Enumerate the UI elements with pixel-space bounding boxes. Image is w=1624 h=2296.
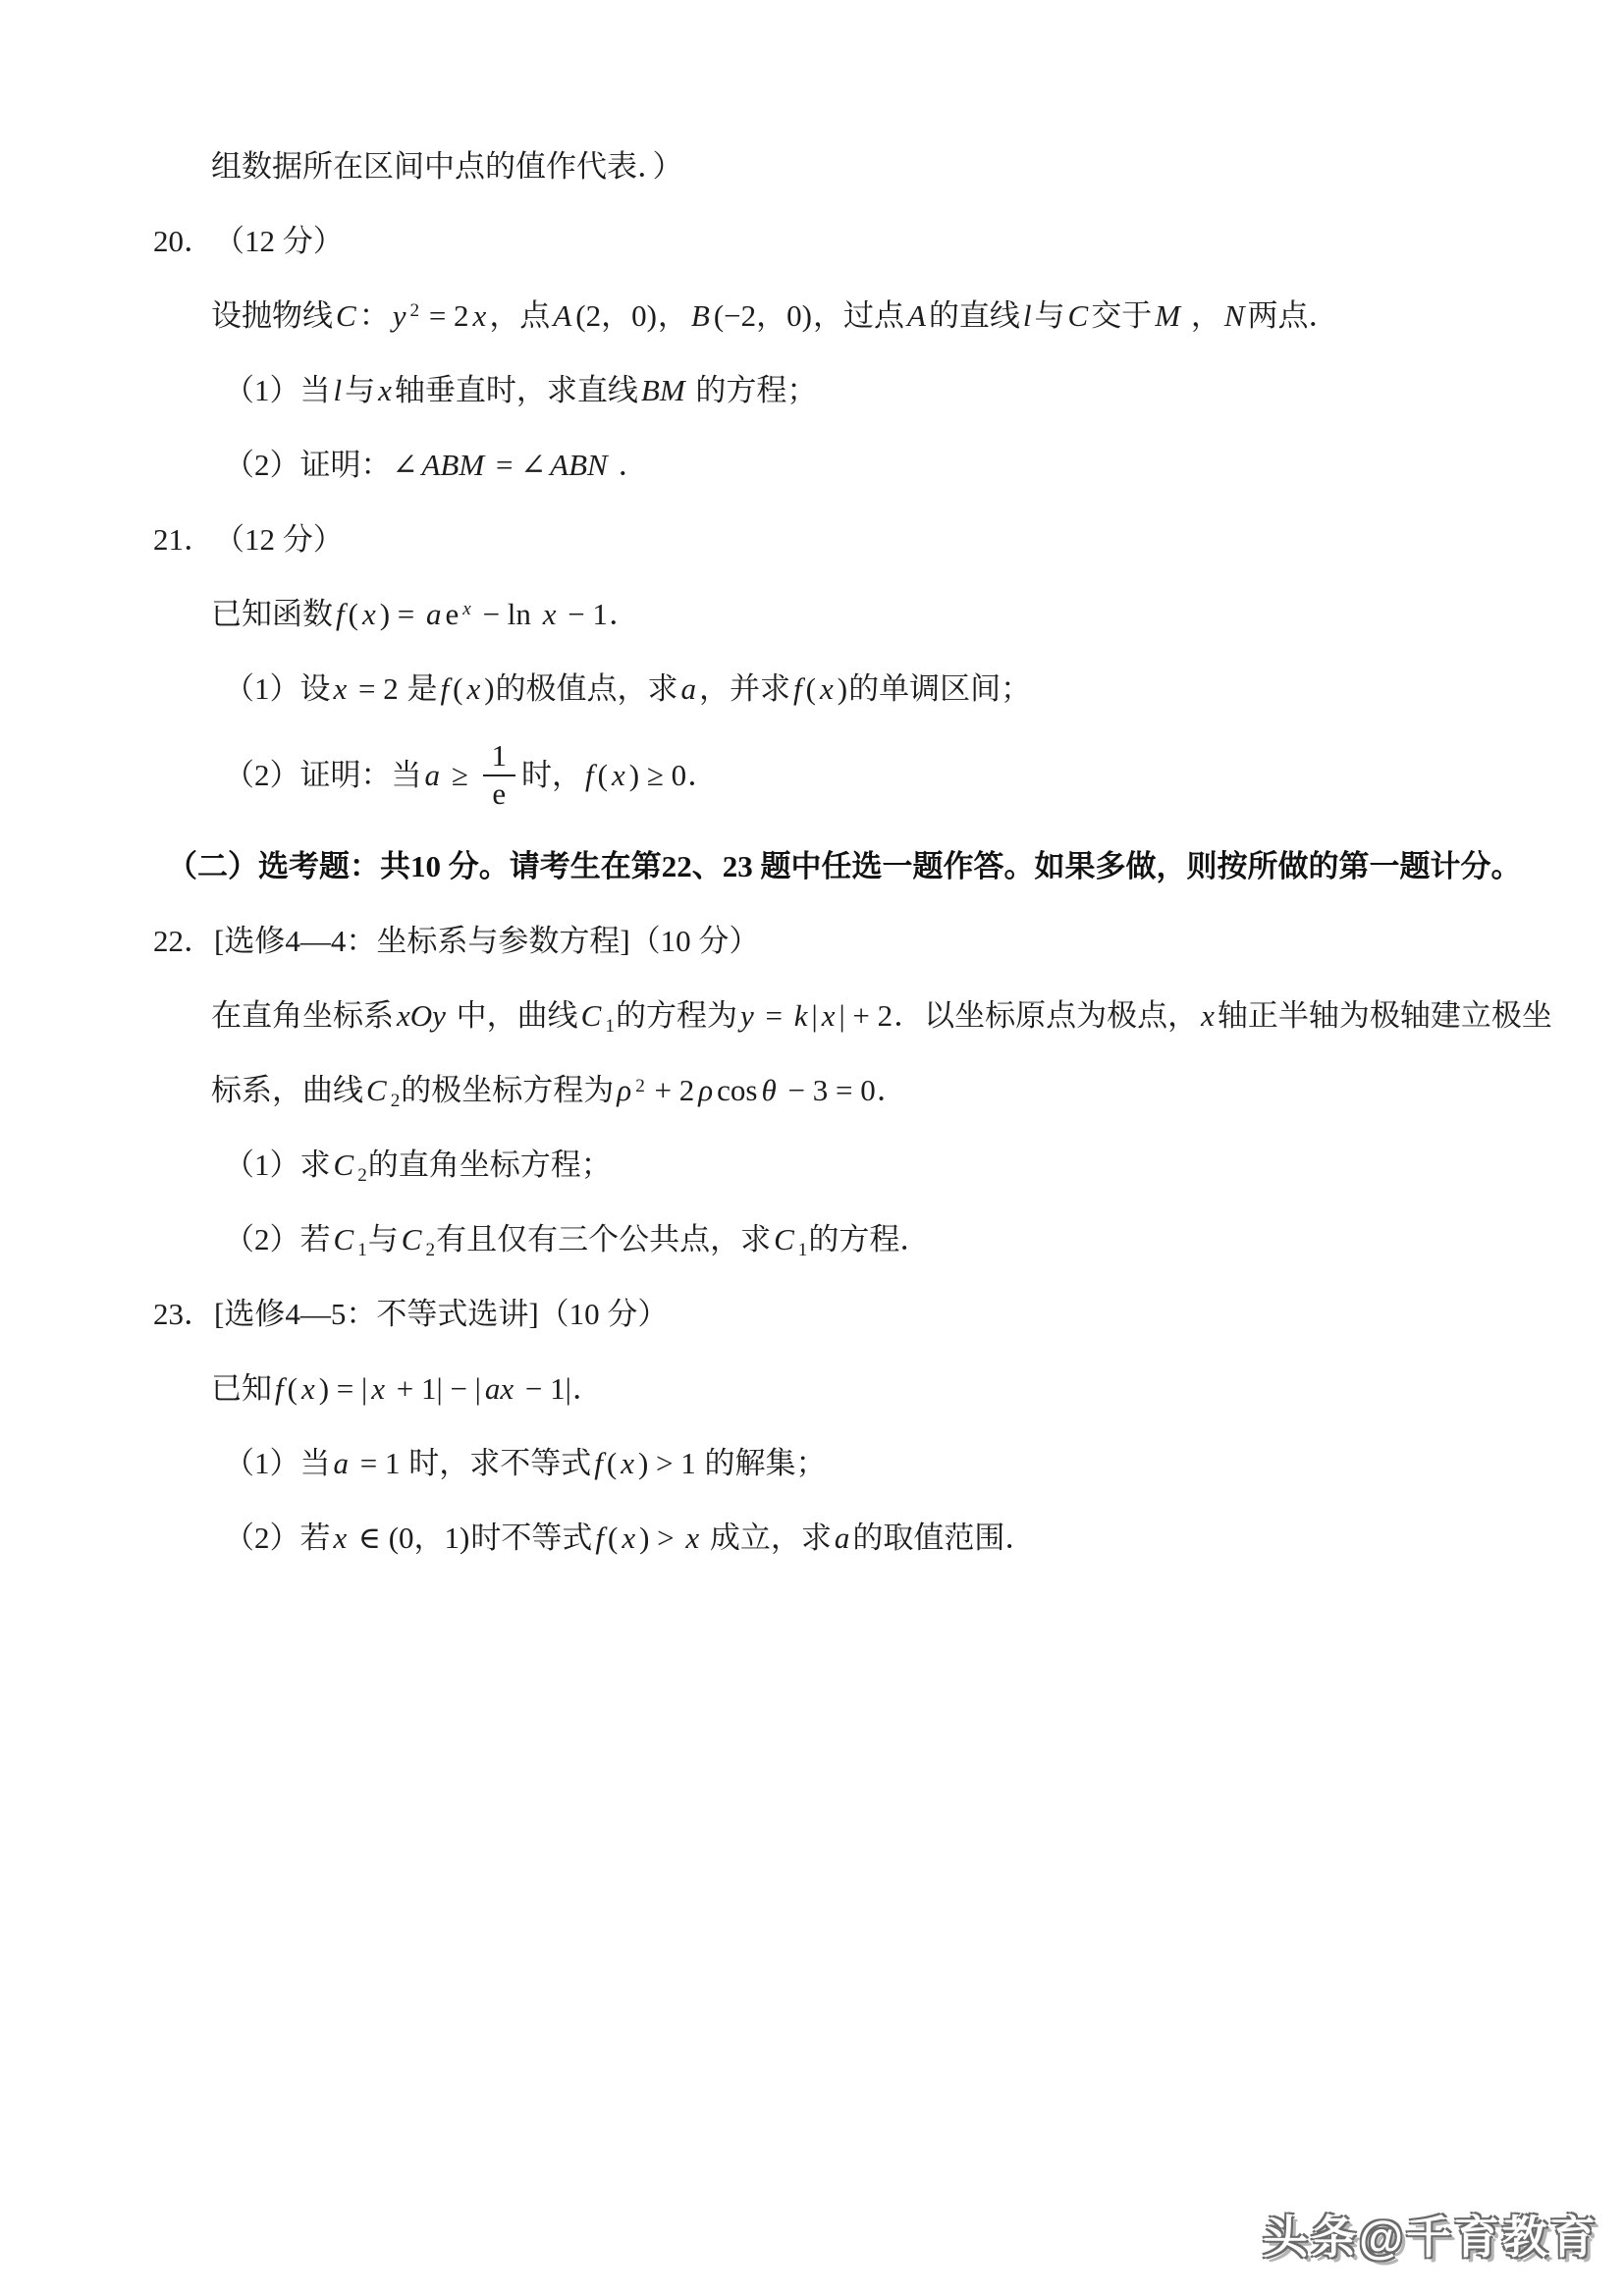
q21-part2: （2）证明：当a ≥ 1e时，f(x) ≥ 0． [0,742,1624,814]
math-roman-segment: cos [717,1073,757,1107]
math-italic-segment: f [595,1521,604,1555]
text-segment: （12 分） [214,224,344,258]
text-segment: 与 [345,373,375,407]
math-italic-segment: f [275,1371,284,1406]
math-italic-segment: C [1068,298,1089,333]
question-number: 21． [153,518,214,561]
q21-number: 21．（12 分） [0,518,1624,561]
math-roman-segment: | [811,998,817,1033]
fraction: 1e [483,739,516,811]
math-roman-segment: + 1| − | [389,1371,481,1406]
math-roman-segment: = [758,998,790,1033]
math-roman-segment: ( [349,597,358,631]
text-segment: （1）当 [224,373,331,407]
question-number: 23． [153,1293,214,1336]
math-roman-segment: ∠ [393,448,418,482]
math-roman-segment: ) > 1 [638,1446,704,1480]
text-segment: （1）当 [224,1446,331,1480]
text-segment: ，并求 [699,671,790,706]
math-italic-segment: a [425,758,441,792]
math-italic-segment: x [466,671,480,706]
math-italic-segment: C [334,1222,354,1256]
math-roman-segment: ) = [380,597,422,631]
text-segment: ． [572,1371,603,1406]
math-roman-segment: ) [838,671,847,706]
text-segment: （1）设 [224,671,331,706]
text-segment: ． [877,1073,907,1107]
subscript: 2 [425,1240,435,1260]
q20-part1: （1）当l与x轴垂直时，求直线BM 的方程； [0,369,1624,412]
text-segment: 有且仅有三个公共点，求 [436,1222,771,1256]
math-italic-segment: x [334,671,348,706]
q20-number: 20．（12 分） [0,220,1624,263]
math-italic-segment: BM [641,373,685,407]
math-italic-segment: x [621,1446,634,1480]
math-italic-segment: ρ [698,1073,713,1107]
text-segment: 两点． [1248,298,1339,333]
math-italic-segment: θ [762,1073,777,1107]
text-segment: 的直角坐标方程； [368,1148,612,1182]
text-segment: ，过点 [813,298,904,333]
text-segment: ． [609,597,639,631]
watermark: 头条@千育教育 [1263,2202,1598,2267]
math-roman-segment: ) > [639,1521,681,1555]
q23-number: 23．[选修4—5：不等式选讲]（10 分） [0,1293,1624,1336]
math-roman-segment: ) ≥ 0 [629,758,686,792]
math-roman-segment: ∈ (0，1) [351,1521,469,1555]
math-roman-segment: ) = | [319,1371,368,1406]
document-body: 组数据所在区间中点的值作代表．）20．（12 分）设抛物线C：y2 = 2x，点… [0,0,1624,1560]
math-italic-segment: l [1023,298,1032,333]
text-segment: [选修4—5：不等式选讲]（10 分） [214,1297,668,1331]
math-roman-segment: + 2 [647,1073,694,1107]
text-segment: 的取值范围． [852,1521,1035,1555]
q21-part1: （1）设x = 2 是f(x)的极值点，求a，并求f(x)的单调区间； [0,667,1624,711]
text-segment: 已知 [211,1371,272,1406]
section-2-header: （二）选考题：共10 分。请考生在第22、23 题中任选一题作答。如果多做，则按… [0,845,1624,888]
math-roman-segment: − 3 = 0 [781,1073,876,1107]
text-segment: 的方程． [808,1222,930,1256]
text-segment: （2）若 [224,1521,331,1555]
math-italic-segment: C [366,1073,387,1107]
q19-tail-line: 组数据所在区间中点的值作代表．） [0,145,1624,188]
text-segment: 的方程为 [616,998,737,1033]
math-roman-segment: − 1 [560,597,607,631]
math-italic-segment: f [793,671,802,706]
math-italic-segment: C [334,1148,354,1182]
q21-stem: 已知函数f(x) = aex − ln x − 1． [0,593,1624,636]
text-segment: ． [687,758,718,792]
math-italic-segment: a [681,671,697,706]
math-italic-segment: l [334,373,343,407]
math-roman-segment: ( [288,1371,298,1406]
text-segment: 的极坐标方程为 [401,1073,614,1107]
text-segment: 轴正半轴为极轴建立极坐 [1218,998,1552,1033]
math-italic-segment: y [393,298,406,333]
math-italic-segment: ABM [421,448,484,482]
text-segment: （1）求 [224,1148,331,1182]
fraction-denominator: e [483,776,516,812]
q22-part2: （2）若C1与C2有且仅有三个公共点，求C1的方程． [0,1218,1624,1261]
text-segment: ． [611,448,649,482]
math-roman-segment: | + 2 [839,998,893,1033]
exam-page: 组数据所在区间中点的值作代表．）20．（12 分）设抛物线C：y2 = 2x，点… [0,0,1624,2296]
subscript: 1 [798,1240,808,1260]
math-italic-segment: x [622,1521,635,1555]
math-italic-segment: x [334,1521,348,1555]
math-italic-segment: a [426,597,442,631]
q22-stem-line2: 标系，曲线C2的极坐标方程为ρ2 + 2ρcosθ − 3 = 0． [0,1069,1624,1112]
q23-part2: （2）若x ∈ (0，1)时不等式f(x) > x 成立，求a的取值范围． [0,1517,1624,1560]
math-italic-segment: x [685,1521,699,1555]
fraction-numerator: 1 [483,739,516,776]
math-roman-segment: ( [806,671,816,706]
math-italic-segment: x [612,758,625,792]
math-italic-segment: x [371,1371,385,1406]
text-segment: ， [1183,298,1221,333]
question-number: 22． [153,920,214,963]
subscript: 1 [357,1240,367,1260]
q22-number: 22．[选修4—4：坐标系与参数方程]（10 分） [0,920,1624,963]
text-segment: 成立，求 [702,1521,832,1555]
math-italic-segment: A [553,298,571,333]
text-segment: （2）若 [224,1222,331,1256]
math-roman-segment: (−2，0) [714,298,812,333]
text-segment: 交于 [1091,298,1152,333]
text-segment: ．以坐标原点为极点， [893,998,1198,1033]
math-italic-segment: f [441,671,450,706]
subscript: 2 [357,1165,367,1186]
math-roman-segment: − ln [475,597,539,631]
math-italic-segment: k [794,998,808,1033]
math-italic-segment: C [581,998,602,1033]
math-italic-segment: N [1224,298,1245,333]
text-segment: 与 [1035,298,1065,333]
math-italic-segment: f [594,1446,603,1480]
math-italic-segment: C [402,1222,422,1256]
q23-stem: 已知f(x) = |x + 1| − |ax − 1|． [0,1367,1624,1411]
math-italic-segment: x [378,373,392,407]
text-segment: 的方程； [688,373,818,407]
math-roman-segment: (2，0) [575,298,657,333]
math-italic-segment: M [1155,298,1180,333]
math-italic-segment: ax [485,1371,514,1406]
q22-part1: （1）求C2的直角坐标方程； [0,1144,1624,1187]
text-segment: 是 [407,671,438,706]
text-segment: 设抛物线 [211,298,333,333]
q20-stem: 设抛物线C：y2 = 2x，点A(2，0)，B(−2，0)，过点A的直线l与C交… [0,294,1624,338]
text-segment: 在直角坐标系 [211,998,394,1033]
math-italic-segment: x [822,998,836,1033]
math-italic-segment: f [336,597,345,631]
subscript: 2 [391,1091,401,1111]
text-segment: 时，求不等式 [408,1446,591,1480]
math-italic-segment: x [820,671,834,706]
math-italic-segment: x [473,298,487,333]
math-roman-segment: ( [453,671,462,706]
text-segment: 与 [368,1222,399,1256]
math-roman-segment: ( [607,1446,617,1480]
text-segment: 轴垂直时，求直线 [395,373,638,407]
math-roman-segment: ) [484,671,494,706]
math-italic-segment: x [1201,998,1215,1033]
subscript: 1 [605,1016,615,1037]
math-italic-segment: a [334,1446,350,1480]
q20-part2: （2）证明：∠ABM = ∠ABN ． [0,444,1624,487]
math-italic-segment: y [740,998,754,1033]
text-segment: ，点 [489,298,550,333]
math-italic-segment: C [774,1222,794,1256]
superscript: 2 [635,1076,645,1096]
math-roman-segment: ≥ [444,758,476,792]
math-italic-segment: A [907,298,926,333]
q22-stem-line1: 在直角坐标系xOy 中，曲线C1的方程为y = k|x| + 2．以坐标原点为极… [0,994,1624,1038]
text-segment: 的单调区间； [848,671,1031,706]
text-segment: 标系，曲线 [211,1073,363,1107]
math-roman-segment: ( [598,758,608,792]
text-segment: （2）证明： [224,448,392,482]
superscript: x [462,599,471,619]
math-roman-segment: ( [608,1521,618,1555]
math-italic-segment: x [543,597,557,631]
math-roman-segment: = 2 [351,671,406,706]
text-segment: ， [658,298,688,333]
q23-part1: （1）当a = 1 时，求不等式f(x) > 1 的解集； [0,1442,1624,1485]
text-segment: 已知函数 [211,597,333,631]
text-segment: 的极值点，求 [496,671,678,706]
text-segment: 的直线 [929,298,1020,333]
math-italic-segment: a [835,1521,850,1555]
math-italic-segment: f [585,758,594,792]
math-roman-segment: = ∠ [488,448,546,482]
text-segment: 中，曲线 [449,998,578,1033]
math-italic-segment: x [362,597,376,631]
math-roman-segment: = 1 [352,1446,407,1480]
math-italic-segment: B [691,298,710,333]
math-roman-segment: = 2 [421,298,468,333]
math-italic-segment: xOy [397,998,446,1033]
text-segment: （12 分） [214,522,344,557]
math-italic-segment: ABN [550,448,608,482]
text-segment: ： [359,298,390,333]
text-segment: （二）选考题：共10 分。请考生在第22、23 题中任选一题作答。如果多做，则按… [167,849,1522,883]
math-italic-segment: x [301,1371,315,1406]
question-number: 20． [153,220,214,263]
exam-document: { "document": { "watermark": "头条@千育教育" }… [0,0,1624,2296]
text-segment: [选修4—4：坐标系与参数方程]（10 分） [214,924,759,958]
text-segment: 组数据所在区间中点的值作代表．） [211,149,683,184]
superscript: 2 [409,300,419,321]
math-italic-segment: C [336,298,356,333]
text-segment: 时不等式 [470,1521,592,1555]
math-roman-segment: − 1| [517,1371,571,1406]
text-segment: （2）证明：当 [224,758,422,792]
math-italic-segment: ρ [617,1073,631,1107]
text-segment: 的解集； [705,1446,827,1480]
math-roman-segment: e [446,597,460,631]
text-segment: 时， [521,758,582,792]
